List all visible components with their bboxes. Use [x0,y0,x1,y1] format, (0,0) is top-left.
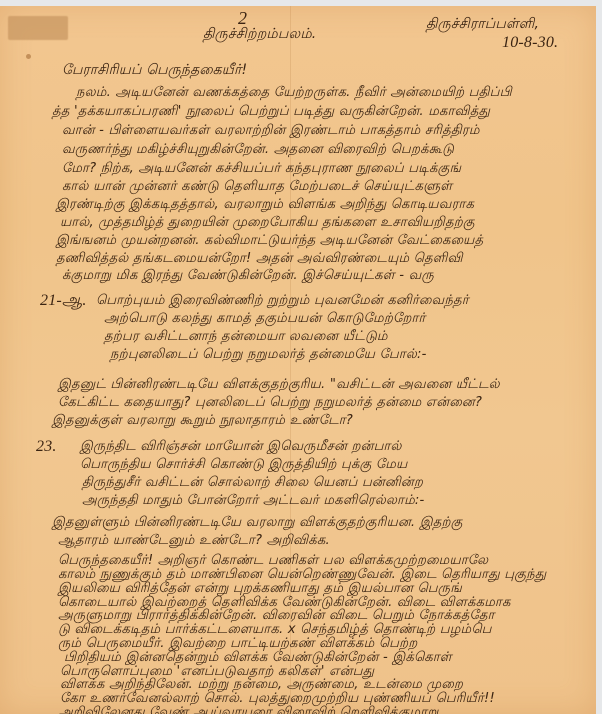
text-line: இதனுள்ளும் பின்னிரண்டடியே வரலாறு விளக்கு… [52,516,463,529]
text-line: மோ? நிற்க, அடியனேன் கச்சியப்பர் கந்தபுரா… [62,162,461,175]
text-line: கால் யான் முன்னர் கண்டு தெளியாத மேற்படைச… [62,180,452,193]
place-name: திருச்சிராப்பள்ளி, [426,16,539,34]
text-line: இங்ஙனம் முயன்றனன். கல்விமாட்டுயர்ந்த அடி… [56,234,483,247]
verse-line: திருந்துசீர் வசிட்டன் சொல்லாற் சிலை யெனப… [82,476,423,489]
letter-date: 10-8-30. [502,34,558,52]
verse-number: 21-ஆ. [40,291,87,311]
text-line: இதனுக்குள் வரலாறு கூறும் நூலாதாரம் உண்டோ… [52,414,353,427]
text-line: யால், முத்தமிழ்த் துறையின் முறைபோகிய தங்… [60,216,475,229]
text-line: டு விடைக்கடிதம் பார்க்கட்டளையாக. x செந்த… [58,623,492,636]
ink-spot-mark [26,54,31,59]
text-line: அறிவிலேனது வேண் ஆய்வாயுரை விரைவிற் றெளிவ… [58,706,438,714]
text-line: வருணர்ந்து மகிழ்ச்சியுறுகின்றேன். அதனை வ… [62,143,454,156]
text-line: தணிவித்தல் தங்கடமையன்றோ! அதன் அவ்விரண்டை… [56,252,463,265]
text-line: இரண்டிற்கு இக்கடிதத்தால், வரலாறும் விளங்… [56,198,474,211]
verse-line: இருந்திட விரிஞ்சன் மாயோன் இவெருமீசன் றன்… [80,440,402,453]
text-line: கொடையால் இவற்றைத் தெளிவிக்க வேண்டுகின்றே… [58,596,511,609]
text-line: பெருந்தகையீர்! அறிஞர் கொண்ட பணிகள் பல வி… [58,554,488,567]
verse-number: 23. [36,438,57,456]
verse-line: பொருந்திய சொர்ச்சி கொண்டு இருத்தியிற் பு… [80,458,408,471]
text-line: க்குமாறு மிக இரந்து வேண்டுகின்றேன். இச்ச… [62,269,434,282]
verse-line: அருந்ததி மாதும் போன்றோர் அட்டவர் மகளிரெல… [82,494,424,507]
verse-line: அற்பொடு கலந்து காமத் தகும்பயன் கொடுமேற்ற… [104,312,426,325]
invocation-heading: திருச்சிற்றம்பலம். [203,26,316,44]
text-line: கோ உணர்வேனல்லாற் சொல். புலத்துறைமுற்றிய … [60,692,495,705]
text-line: வான் - பிள்ளையவர்கள் வரலாற்றின் இரண்டாம்… [62,124,480,137]
text-line: இதனுட் பின்னிரண்டடியே விளக்குதற்குரிய. "… [58,378,500,391]
text-line: கேட்கிட்ட கதையாது? புனலிடைப் பெற்று நறும… [58,396,482,409]
verse-line: பொற்புயம் இரைவிண்ணிற் றுற்றும் புவனமேன் … [96,294,469,307]
salutation: பேராசிரியப் பெருந்தகையீர்! [62,62,247,80]
text-line: ஆதாரம் யாண்டேனும் உண்டோ? அறிவிக்க. [58,534,330,547]
letter-page: 2 திருச்சிற்றம்பலம். திருச்சிராப்பள்ளி, … [0,6,596,714]
text-line: இயலியை விரித்தேன் என்று புறக்கணியாது தம்… [58,582,462,595]
verse-line: தற்பர வசிட்டனாந் தன்மையா லவனை யீட்டும் [104,330,388,343]
text-line: ரும் பெருமையீர். இவற்றை பாட்டியற்கண் விள… [58,637,417,650]
stamp-stain-mark [8,16,68,40]
text-line: காலம் நுணுக்கும் தம் மாண்பினை யென்றெண்ணு… [58,568,546,581]
text-line: பொருளொப்புமை 'எனப்படுவதாற் கலிகள்' என்பத… [60,665,374,678]
text-line: பிறிதியம் இன்னதென்றும் விளக்க வேண்டுகின்… [64,651,452,664]
text-line: அருளுமாறு பிரார்த்திக்கின்றேன். விரைவின்… [58,609,495,622]
verse-line: நற்புனலிடைப் பெற்று நறுமலர்த் தன்மையே போ… [110,348,427,361]
text-line: த்த 'தக்கயாகப்பரணி' நூலைப் பெற்றுப் படித… [52,105,490,118]
text-line: விளக்க அறிந்திலேன். மற்று நன்மை, அருண்மை… [60,678,463,691]
text-line: நலம். அடியனேன் வணக்கத்தை யேற்றருள்க. நீவ… [76,86,512,99]
